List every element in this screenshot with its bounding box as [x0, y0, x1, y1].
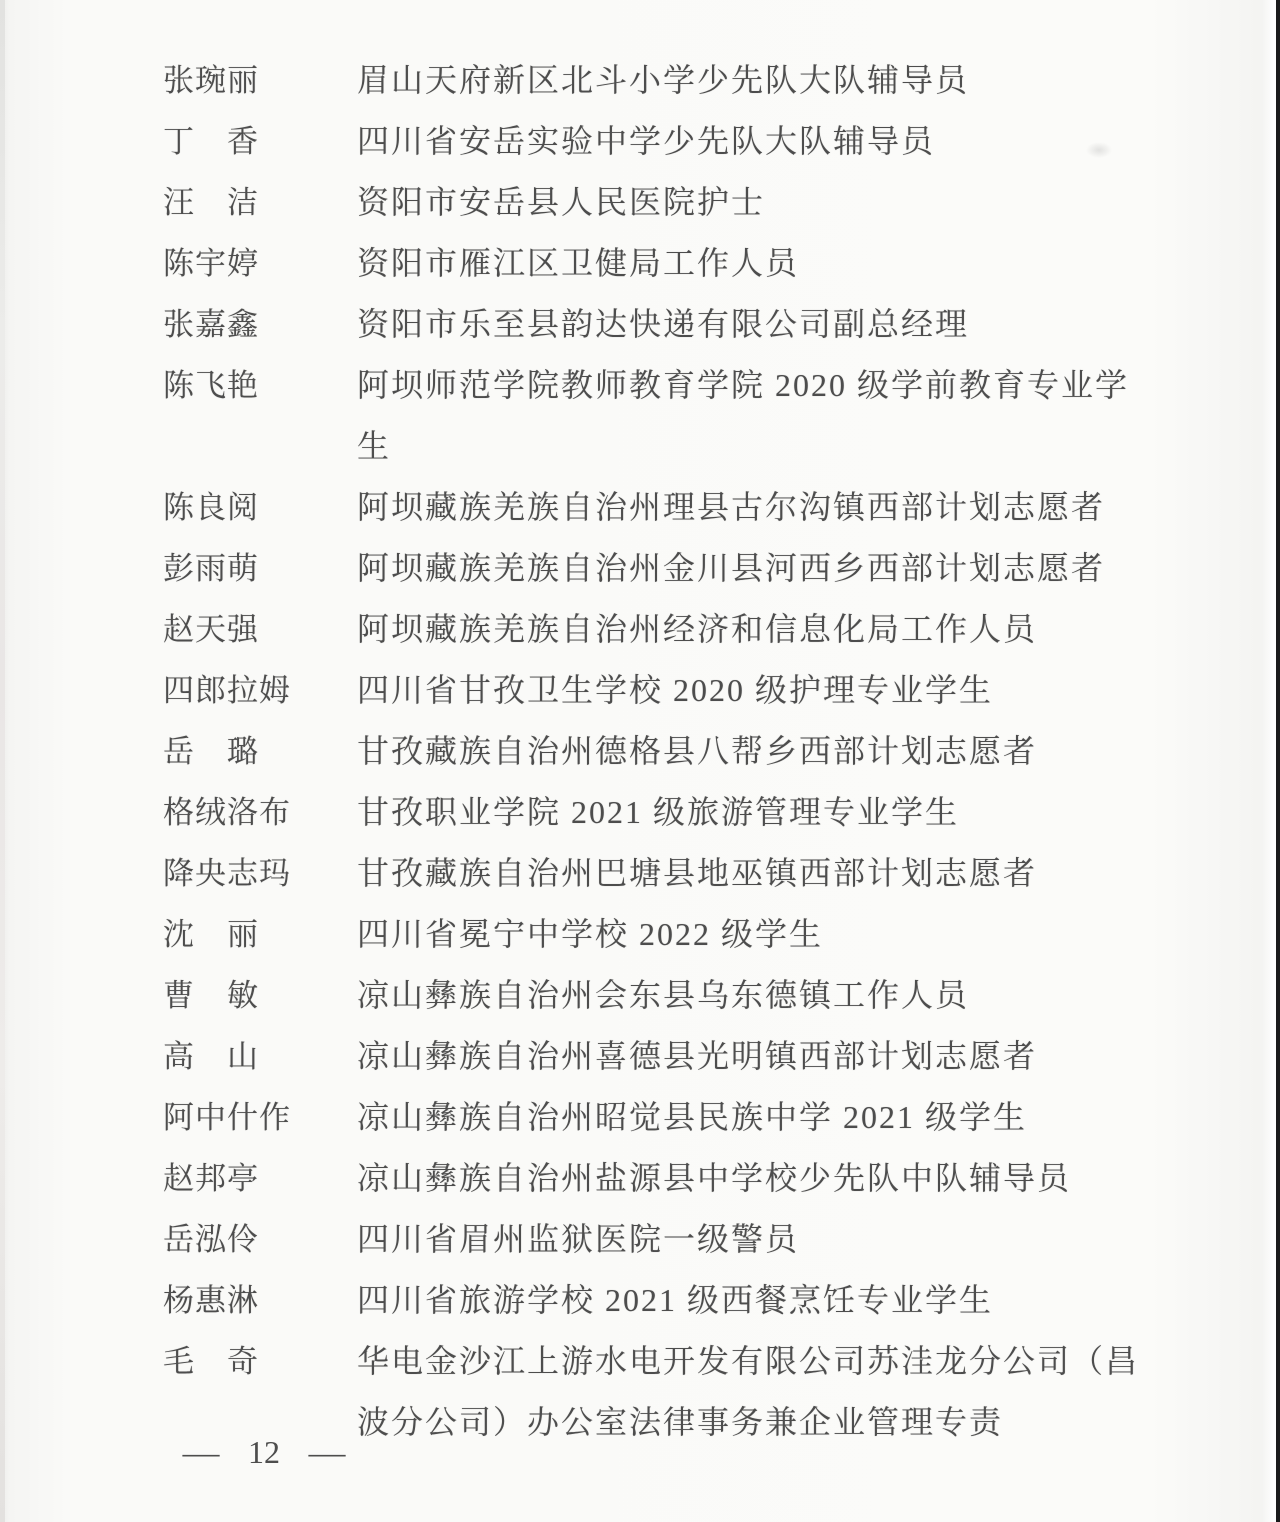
person-name: 赵邦亭	[163, 1148, 357, 1209]
scan-edge-left-artifact	[0, 0, 5, 1522]
person-role: 四川省旅游学校 2021 级西餐烹饪专业学生	[357, 1270, 1147, 1331]
roster-entry: 岳泓伶 四川省眉州监狱医院一级警员	[163, 1209, 1163, 1270]
person-role: 阿坝藏族羌族自治州理县古尔沟镇西部计划志愿者	[357, 477, 1147, 538]
roster-entry: 张琬丽 眉山天府新区北斗小学少先队大队辅导员	[163, 50, 1163, 111]
person-name: 四郎拉姆	[163, 660, 357, 721]
roster-entry: 阿中什作 凉山彝族自治州昭觉县民族中学 2021 级学生	[163, 1087, 1163, 1148]
person-role: 资阳市雁江区卫健局工作人员	[357, 233, 1147, 294]
roster-entry: 降央志玛 甘孜藏族自治州巴塘县地巫镇西部计划志愿者	[163, 843, 1163, 904]
roster-entry: 张嘉鑫 资阳市乐至县韵达快递有限公司副总经理	[163, 294, 1163, 355]
person-role: 凉山彝族自治州昭觉县民族中学 2021 级学生	[357, 1087, 1147, 1148]
person-role: 凉山彝族自治州会东县乌东德镇工作人员	[357, 965, 1147, 1026]
person-name: 陈宇婷	[163, 233, 357, 294]
page-number: 12	[248, 1430, 280, 1474]
document-page: 张琬丽 眉山天府新区北斗小学少先队大队辅导员 丁 香 四川省安岳实验中学少先队大…	[0, 0, 1280, 1522]
roster-entry: 沈 丽 四川省冕宁中学校 2022 级学生	[163, 904, 1163, 965]
roster-entry: 曹 敏 凉山彝族自治州会东县乌东德镇工作人员	[163, 965, 1163, 1026]
roster-entry: 岳 璐 甘孜藏族自治州德格县八帮乡西部计划志愿者	[163, 721, 1163, 782]
roster-entry: 陈飞艳 阿坝师范学院教师教育学院 2020 级学前教育专业学生	[163, 355, 1163, 477]
roster-entry: 赵邦亭 凉山彝族自治州盐源县中学校少先队中队辅导员	[163, 1148, 1163, 1209]
footer-dash-left: —	[183, 1430, 220, 1474]
person-name: 降央志玛	[163, 843, 357, 904]
roster-entry: 格绒洛布 甘孜职业学院 2021 级旅游管理专业学生	[163, 782, 1163, 843]
person-name: 张琬丽	[163, 50, 357, 111]
roster-entry: 彭雨萌 阿坝藏族羌族自治州金川县河西乡西部计划志愿者	[163, 538, 1163, 599]
person-name: 陈飞艳	[163, 355, 357, 416]
person-name: 张嘉鑫	[163, 294, 357, 355]
person-role: 眉山天府新区北斗小学少先队大队辅导员	[357, 50, 1147, 111]
person-name: 汪 洁	[163, 172, 357, 233]
person-name: 阿中什作	[163, 1087, 357, 1148]
person-name: 陈良阅	[163, 477, 357, 538]
roster-entry: 陈良阅 阿坝藏族羌族自治州理县古尔沟镇西部计划志愿者	[163, 477, 1163, 538]
person-role: 资阳市安岳县人民医院护士	[357, 172, 1147, 233]
footer-dash-right: —	[309, 1430, 346, 1474]
person-role: 甘孜藏族自治州德格县八帮乡西部计划志愿者	[357, 721, 1147, 782]
roster-entry: 杨惠淋 四川省旅游学校 2021 级西餐烹饪专业学生	[163, 1270, 1163, 1331]
person-name: 曹 敏	[163, 965, 357, 1026]
person-role: 四川省冕宁中学校 2022 级学生	[357, 904, 1147, 965]
person-name: 杨惠淋	[163, 1270, 357, 1331]
person-name: 毛 奇	[163, 1331, 357, 1392]
roster-entry: 赵天强 阿坝藏族羌族自治州经济和信息化局工作人员	[163, 599, 1163, 660]
person-name: 高 山	[163, 1026, 357, 1087]
roster-entry: 丁 香 四川省安岳实验中学少先队大队辅导员	[163, 111, 1163, 172]
person-role: 甘孜职业学院 2021 级旅游管理专业学生	[357, 782, 1147, 843]
person-role: 阿坝师范学院教师教育学院 2020 级学前教育专业学生	[357, 355, 1147, 477]
person-name: 格绒洛布	[163, 782, 357, 843]
person-name: 岳泓伶	[163, 1209, 357, 1270]
person-name: 岳 璐	[163, 721, 357, 782]
person-name: 赵天强	[163, 599, 357, 660]
person-role: 凉山彝族自治州喜德县光明镇西部计划志愿者	[357, 1026, 1147, 1087]
roster-entry: 汪 洁 资阳市安岳县人民医院护士	[163, 172, 1163, 233]
person-role: 四川省甘孜卫生学校 2020 级护理专业学生	[357, 660, 1147, 721]
roster-entry: 陈宇婷 资阳市雁江区卫健局工作人员	[163, 233, 1163, 294]
person-role: 华电金沙江上游水电开发有限公司苏洼龙分公司（昌波分公司）办公室法律事务兼企业管理…	[357, 1331, 1147, 1453]
person-name: 沈 丽	[163, 904, 357, 965]
person-role: 甘孜藏族自治州巴塘县地巫镇西部计划志愿者	[357, 843, 1147, 904]
page-footer: — 12 —	[185, 1430, 343, 1474]
scan-edge-right-artifact	[1276, 0, 1280, 1522]
roster-entry: 高 山 凉山彝族自治州喜德县光明镇西部计划志愿者	[163, 1026, 1163, 1087]
person-name: 彭雨萌	[163, 538, 357, 599]
person-role: 阿坝藏族羌族自治州金川县河西乡西部计划志愿者	[357, 538, 1147, 599]
person-role: 四川省眉州监狱医院一级警员	[357, 1209, 1147, 1270]
person-role: 四川省安岳实验中学少先队大队辅导员	[357, 111, 1147, 172]
person-role: 凉山彝族自治州盐源县中学校少先队中队辅导员	[357, 1148, 1147, 1209]
person-role: 阿坝藏族羌族自治州经济和信息化局工作人员	[357, 599, 1147, 660]
roster-list: 张琬丽 眉山天府新区北斗小学少先队大队辅导员 丁 香 四川省安岳实验中学少先队大…	[163, 50, 1163, 1453]
roster-entry: 四郎拉姆 四川省甘孜卫生学校 2020 级护理专业学生	[163, 660, 1163, 721]
person-role: 资阳市乐至县韵达快递有限公司副总经理	[357, 294, 1147, 355]
person-name: 丁 香	[163, 111, 357, 172]
